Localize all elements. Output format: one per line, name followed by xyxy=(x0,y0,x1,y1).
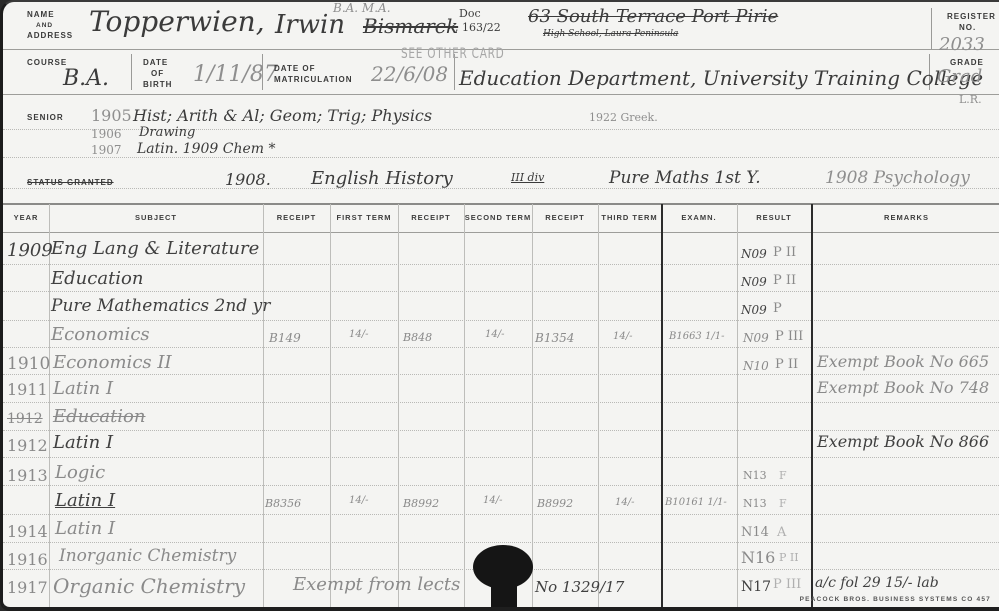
row-exempt-note: Exempt from lects xyxy=(293,576,460,594)
row-subject: Latin I xyxy=(55,520,115,538)
col-line-subject xyxy=(263,204,264,611)
label-course: Course xyxy=(27,58,67,68)
senior-subjects-1: Hist; Arith & Al; Geom; Trig; Physics xyxy=(133,108,432,124)
row-result-grade: P II xyxy=(773,274,796,287)
row-third-term: 14/- xyxy=(613,332,632,342)
status-pure-maths: Pure Maths 1st Y. xyxy=(609,170,761,187)
row-rule xyxy=(3,374,999,375)
row-subject: Organic Chemistry xyxy=(53,576,245,596)
institution: Education Department, University Trainin… xyxy=(459,68,983,88)
row-third-term: 14/- xyxy=(615,498,634,508)
row-year: 1916 xyxy=(7,552,48,568)
col-line-receipt2 xyxy=(464,204,465,611)
row-result-grade: A xyxy=(777,526,786,539)
row-rule xyxy=(3,291,999,292)
row-result-no: N16 xyxy=(741,550,775,566)
row-rule xyxy=(3,542,999,543)
grade-note: L.R. xyxy=(959,94,982,105)
label-status-granted: Status Granted xyxy=(27,178,114,188)
row-subject: Latin I xyxy=(53,434,113,452)
header-year: Year xyxy=(3,205,49,231)
row-rule xyxy=(3,347,999,348)
status-psychology: 1908 Psychology xyxy=(825,170,970,187)
status-english-history: English History xyxy=(311,170,453,188)
degrees-insert: B.A. M.A. xyxy=(333,2,391,14)
header-remarks: Remarks xyxy=(811,205,999,231)
row-receipt-3: B8992 xyxy=(537,498,573,509)
row-rule xyxy=(3,402,999,403)
header-receipt-1: Receipt xyxy=(263,205,330,231)
label-date-2: of xyxy=(151,69,164,79)
col-line-first-term xyxy=(398,204,399,611)
col-line-third-term xyxy=(661,204,663,611)
col-line-result xyxy=(811,204,813,611)
header-receipt-3: Receipt xyxy=(532,205,598,231)
row-rule xyxy=(3,264,999,265)
label-date-1: Date xyxy=(143,58,168,68)
row-result-grade: P II xyxy=(779,552,799,563)
row-receipt-1: B149 xyxy=(269,332,301,344)
label-birth: Birth xyxy=(143,80,172,90)
row-remarks: Exempt Book No 748 xyxy=(817,380,989,396)
row-rule xyxy=(3,430,999,431)
row-rule xyxy=(3,485,999,486)
label-date-of: Date of xyxy=(274,64,316,74)
row-subject: Logic xyxy=(55,464,105,482)
row-result-no: N09 xyxy=(741,304,767,316)
row-result-no: N09 xyxy=(741,248,767,260)
row-remarks: Exempt Book No 665 xyxy=(817,354,989,370)
student-record-card: Name and Address Topperwien, Irwin Bisma… xyxy=(0,0,999,611)
row-subject: Economics II xyxy=(53,354,172,372)
row-examn: B10161 1/1- xyxy=(665,498,727,508)
col-line-examn xyxy=(737,204,738,611)
row-receipt-2: B848 xyxy=(403,332,432,343)
header-receipt-2: Receipt xyxy=(398,205,464,231)
punch-hole-slot xyxy=(491,577,517,611)
grade-value: Grad xyxy=(937,68,982,86)
status-div: III div xyxy=(511,172,544,183)
label-register-no: No. xyxy=(959,23,976,33)
row-rule xyxy=(3,514,999,515)
row-year: 1914 xyxy=(7,524,48,540)
row-rule xyxy=(3,457,999,458)
row-result-no: N10 xyxy=(743,360,769,372)
row-year: 1910 xyxy=(7,356,50,373)
row-year: 1912 xyxy=(7,438,48,454)
row-result-grade: F xyxy=(779,470,787,481)
register-number: 2033 xyxy=(939,36,985,54)
senior-year-2: 1906 xyxy=(91,128,122,140)
header-examn: Examn. xyxy=(661,205,737,231)
doc-label: Doc xyxy=(459,8,481,19)
row-year: 1917 xyxy=(7,580,48,596)
row-receipt-3: B1354 xyxy=(535,332,574,344)
struck-address: 63 South Terrace Port Pirie xyxy=(528,8,778,26)
see-other-card-stamp: SEE OTHER CARD xyxy=(401,46,505,62)
row-receipt-1: B8356 xyxy=(265,498,301,509)
header-third-term: Third Term xyxy=(598,205,661,231)
col-line-receipt1 xyxy=(330,204,331,611)
label-register: Register xyxy=(947,12,996,22)
given-name: Irwin xyxy=(275,12,345,38)
row-remarks: a/c fol 29 15/- lab xyxy=(815,576,939,590)
row-result-no: N17 xyxy=(741,580,771,594)
row-year-struck: 1912 xyxy=(7,412,43,426)
surname: Topperwien, xyxy=(89,8,265,36)
rule-table-header xyxy=(3,232,999,233)
row-subject: Economics xyxy=(51,326,150,344)
row-year: 1911 xyxy=(7,382,48,398)
label-and: and xyxy=(36,21,53,31)
divider-course xyxy=(131,54,132,90)
label-address: Address xyxy=(27,31,73,41)
row-subject: Latin I xyxy=(53,380,113,398)
senior-subjects-3: Latin. 1909 Chem * xyxy=(137,142,275,156)
row-second-term: 14/- xyxy=(483,496,502,506)
col-line-receipt3 xyxy=(598,204,599,611)
col-line-second-term xyxy=(532,204,533,611)
label-senior: Senior xyxy=(27,113,64,123)
row-result-grade: P III xyxy=(773,578,801,591)
row-receipt-3: No 1329/17 xyxy=(535,580,624,595)
row-result-grade: P II xyxy=(773,246,796,259)
senior-note: 1922 Greek. xyxy=(589,112,658,123)
row-receipt-2: B8992 xyxy=(403,498,439,509)
row-year: 1909 xyxy=(7,242,53,260)
label-name: Name xyxy=(27,10,55,20)
row-subject: Latin I xyxy=(55,492,115,510)
printer-imprint: Peacock Bros. Business Systems Co 457 xyxy=(800,596,991,603)
divider-register xyxy=(931,8,932,49)
header-result: Result xyxy=(737,205,811,231)
row-result-no: N09 xyxy=(743,332,769,344)
row-subject-struck: Education xyxy=(53,408,146,426)
rule-course-row xyxy=(3,94,999,95)
row-first-term: 14/- xyxy=(349,496,368,506)
date-of-birth: 1/11/87 xyxy=(193,64,278,86)
header-first-term: First Term xyxy=(330,205,398,231)
header-second-term: Second Term xyxy=(464,205,532,231)
row-result-no: N09 xyxy=(741,276,767,288)
header-subject: Subject xyxy=(49,205,263,231)
row-year: 1913 xyxy=(7,468,48,484)
row-subject: Eng Lang & Literature xyxy=(51,240,259,258)
address-line-2: High School, Laura Peninsula xyxy=(543,30,678,39)
row-result-grade: P II xyxy=(775,358,798,371)
row-examn: B1663 1/1- xyxy=(669,332,724,342)
row-result-no: N13 xyxy=(743,498,767,509)
senior-subjects-2: Drawing xyxy=(139,126,195,139)
row-subject: Education xyxy=(51,270,144,288)
senior-year-3: 1907 xyxy=(91,144,122,156)
row-rule xyxy=(3,320,999,321)
rule-status xyxy=(3,188,999,189)
doc-ref: , 163/22 xyxy=(455,22,501,33)
row-result-grade: P xyxy=(773,302,782,315)
status-year: 1908. xyxy=(225,172,271,188)
rule-senior-2 xyxy=(3,157,999,158)
row-subject: Inorganic Chemistry xyxy=(59,548,236,565)
date-of-matriculation: 22/6/08 xyxy=(371,64,448,84)
row-second-term: 14/- xyxy=(485,330,504,340)
row-result-grade: P III xyxy=(775,330,803,343)
course-value: B.A. xyxy=(63,68,109,90)
row-result-grade: F xyxy=(779,498,787,509)
struck-middle-name: Bismarck xyxy=(363,16,458,36)
col-line-year xyxy=(49,204,50,611)
senior-year-1: 1905 xyxy=(91,108,132,124)
row-first-term: 14/- xyxy=(349,330,368,340)
row-subject: Pure Mathematics 2nd yr xyxy=(51,298,270,315)
row-result-no: N13 xyxy=(743,470,767,481)
row-remarks: Exempt Book No 866 xyxy=(817,434,989,450)
label-matriculation: Matriculation xyxy=(274,75,352,85)
row-result-no: N14 xyxy=(741,526,769,539)
